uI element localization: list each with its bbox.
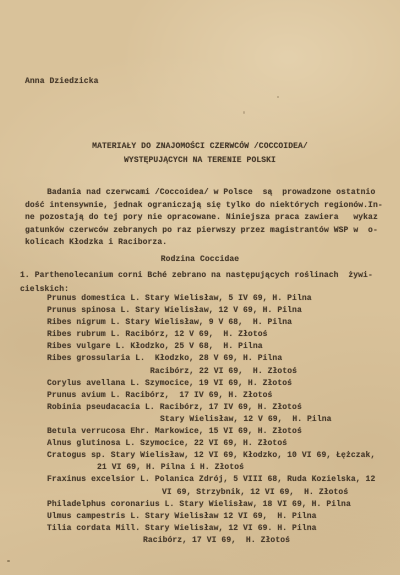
intro-line: gatunków czerwców zebranych po raz pierw…	[25, 225, 385, 238]
family-heading: Rodzina Coccidae	[0, 255, 400, 264]
paper-speck	[7, 560, 10, 562]
host-plant-continuation-line: Racibórz, 22 VI 69, H. Złotoś	[150, 366, 390, 378]
host-plant-line: Ribes vulgare L. Kłodzko, 25 V 68, H. Pi…	[47, 341, 390, 353]
author-name: Anna Dziedzicka	[25, 77, 99, 86]
host-plant-line: Robinia pseudacacia L. Racibórz, 17 IV 6…	[47, 402, 390, 414]
title-line-2: WYSTĘPUJĄCYCH NA TERENIE POLSKI	[0, 154, 400, 168]
host-plant-line: Ribes nigrum L. Stary Wielisław, 9 V 68,…	[47, 317, 390, 329]
host-plant-line: Cratogus sp. Stary Wielisław, 12 VI 69, …	[47, 450, 390, 462]
host-plant-line: Betula verrucosa Ehr. Markowice, 15 VI 6…	[47, 426, 390, 438]
host-plant-continuation-line: Stary Wielisław, 12 V 69, H. Pilna	[160, 414, 390, 426]
intro-line: Badania nad czerwcami /Coccoidea/ w Pols…	[47, 187, 385, 200]
intro-line: ne pozostają do tej pory nie opracowane.…	[25, 212, 385, 225]
host-plant-line: Prunus domestica L. Stary Wielisław, 5 I…	[47, 293, 390, 305]
host-plant-continuation-line: 21 VI 69, H. Pilna i H. Złotoś	[97, 462, 390, 474]
intro-line: kolicach Kłodzka i Raciborza.	[25, 237, 385, 250]
host-plant-line: Fraxinus excelsior L. Polanica Zdrój, 5 …	[47, 474, 390, 486]
paper-speck	[243, 111, 245, 114]
host-plant-line: Ribes rubrum L. Racibórz, 12 V 69, H. Zł…	[47, 329, 390, 341]
host-plant-line: Tilia cordata Mill. Stary Wielisław, 12 …	[47, 523, 390, 535]
species-entry-line: 1. Parthenolecanium corni Bché zebrano n…	[20, 269, 385, 283]
host-plant-line: Corylus avellana L. Szymocice, 19 VI 69,…	[47, 378, 390, 390]
document-title: MATERIAŁY DO ZNAJOMOŚCI CZERWCÓW /COCCOI…	[0, 140, 400, 167]
host-plant-line: Philadelphus coronarius L. Stary Wielisł…	[47, 499, 390, 511]
host-plant-list: Prunus domestica L. Stary Wielisław, 5 I…	[25, 293, 390, 547]
host-plant-line: Alnus glutinosa L. Szymocice, 22 VI 69, …	[47, 438, 390, 450]
host-plant-line: Ulmus campestris L. Stary Wielisław 12 V…	[47, 511, 390, 523]
introduction-paragraph: Badania nad czerwcami /Coccoidea/ w Pols…	[25, 187, 385, 250]
host-plant-line: Ribes grossularia L. Kłodzko, 28 V 69, H…	[47, 353, 390, 365]
host-plant-line: Prunus avium L. Racibórz, 17 IV 69, H. Z…	[47, 390, 390, 402]
intro-line: dość intensywnie, jednak ograniczają się…	[25, 200, 385, 213]
scanned-document-page: Anna Dziedzicka MATERIAŁY DO ZNAJOMOŚCI …	[0, 0, 400, 575]
paper-speck	[277, 96, 279, 98]
host-plant-continuation-line: VI 69, Strzybnik, 12 VI 69, H. Złotoś	[162, 487, 390, 499]
title-line-1: MATERIAŁY DO ZNAJOMOŚCI CZERWCÓW /COCCOI…	[0, 140, 400, 154]
host-plant-line: Prunus spinosa L. Stary Wielisław, 12 V …	[47, 305, 390, 317]
paper-speck	[310, 420, 312, 422]
host-plant-continuation-line: Racibórz, 17 VI 69, H. Złotoś	[143, 535, 390, 547]
